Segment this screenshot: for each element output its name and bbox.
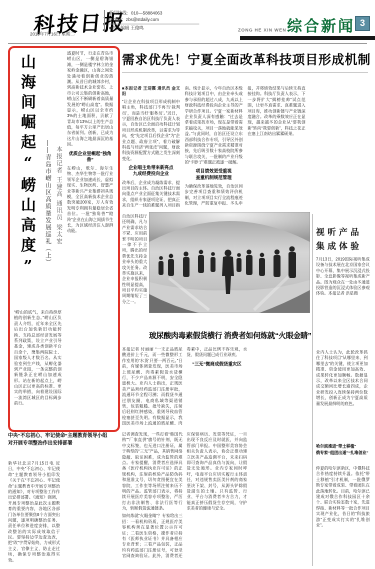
news-photo [149,212,310,313]
ningxia-byline: ■本报记者 王迎霞 通讯员 金文阳 [122,86,180,97]
section-pinyin: ZONG HE XIN WEN [238,27,288,35]
ningxia-right-text: 业内人士认为，此轮改革抓住了科技项目“从哪里来、到哪里去”的关键，使立项更加精准… [316,350,368,407]
masthead-contact: 新闻热线：010—58884063 E-mail：zbs@stdaily.com… [104,10,199,32]
laoshan-vertical-subtitle: ——青岛市崂山区高质量发展巡礼（上） [43,140,52,305]
fakegoods-subhead: “三无”微商成假货重灾区 [187,361,248,367]
laoshan-bottom-text: “崂山的底气，来自持续厚植的创新生态。”崂山区负责人介绍，近年来全区先后出台加快… [14,310,62,407]
laoshan-vertical-byline: 本报记者 王建高 通讯员 梁太宏 [54,146,63,296]
ningxia-subhead2: 项目绩效更受重视 查重机制规范管理 [185,169,243,182]
fakegoods-body2: 记者调查发现，一些打着“韩国代购”“厂家直供”旗号的针剂，既无中文标签，也无进口… [122,432,183,512]
central-headline-line1: 中央“不忘初心、牢记使命”主题教育领导小组 [8,432,116,439]
laoshan-text2: 在崂山，歌尔、海尔生物、杰华生物等一批行业领军企业加速成长，虚拟现实、生物医药、… [67,166,113,234]
fakegoods-headline: 玻尿酸肉毒素假货横行 消费者如何炼就“火眼金睛” [149,330,311,341]
central-body: 新华社北京7月15日电 近日，中央“不忘初心、牢记使命”主题教育领导小组印发《关… [8,461,116,564]
ningxia-headline: 需求优先！宁夏全面改革科技项目形成机制 [122,50,371,68]
laoshan-article-box: 山海间崛起“崂山高度” ——青岛市崂山区高质量发展巡礼（上） 本报记者 王建高 … [8,46,120,432]
fakegoods-body-bottom: 记者调查发现，一些打着“韩国代购”“厂家直供”旗号的针剂，既无中文标签，也无进口… [122,432,312,564]
masthead-email: E-mail：zbs@stdaily.com [109,17,199,24]
fakegoods-body1: 本报记者 付丽丽 “一支正品玻尿酸进价上千元，而一些微整形工作室用的‘水货’只要… [122,347,247,428]
harbin-subhead: 哈尔滨推进“带土移植” 俄专家“组团出道”“扎堆创业” [316,444,370,456]
central-headline: 中央“不忘初心、牢记使命”主题教育领导小组 对开展专项整治作出安排部署 [8,432,116,456]
masthead-editor: ■责任编辑 王俊鸣 [109,24,199,32]
photo-caption-title: 视听产品 集成体验 [316,226,370,253]
section-title: 综合新闻 [287,15,355,36]
fakegoods-body-top: 本报记者 付丽丽 “一支正品玻尿酸进价上千元，而一些微整形工作室用的‘水货’只要… [122,347,312,428]
harbin-block: 哈尔滨推进“带土移植” 俄专家“组团出道”“扎堆创业” 仲夏的哈尔滨新区，中俄科… [316,444,370,558]
central-body-text: 新华社北京7月15日电 近日，中央“不忘初心、牢记使命”主题教育领导小组印发《关… [8,461,60,564]
ningxia-side-text: 自治区科技厅还明确，凡与产业需求结合不紧、应用前景不明的项目一律不予立项，腾出的… [122,214,147,305]
laoshan-column: 盛夏时节，行走在青岛市崂山区，一侧是碧海银滩，一侧是楼宇林立的金家岭金融区，山海… [67,51,113,307]
right-column-text: 业内人士认为，此轮改革抓住了科技项目“从哪里来、到哪里去”的关键，使立项更加精准… [316,350,368,440]
ningxia-body-columns: ■本报记者 王迎霞 通讯员 金文阳 “让企业在科技项目形成机制中唱主角，科技部门… [122,86,368,212]
laoshan-bottom-block: “崂山的底气，来自持续厚植的创新生态。”崂山区负责人介绍，近年来全区先后出台加快… [14,310,113,422]
harbin-subhead-line2: 俄专家“组团出道”“扎堆创业” [316,450,370,456]
headline-rule [122,72,368,73]
harbin-body: 仲夏的哈尔滨新区，中俄科技合作热度持续升温。依托“带土移植”引才机制，一批俄罗斯… [316,466,370,529]
laoshan-subhead: 优质企业里崛起“独角兽” [67,151,113,164]
photo-caption-text: 7月13日，2019国际视听集成设备与技术展在北京国家会议中心开幕，集中展示沉浸… [316,257,370,297]
section-underline-bar [240,36,375,40]
right-column-rule [312,214,313,566]
laoshan-vertical-title: 山海间崛起“崂山高度” [18,54,39,310]
page-number-badge: 3 [355,16,370,31]
photo-caption-block: 视听产品 集成体验 7月13日，2019国际视听集成设备与技术展在北京国家会议中… [316,226,370,343]
ningxia-body1: “让企业在科技项目形成机制中唱主角，科技部门不再当‘裁判员’，而是当好‘服务员’… [122,99,180,162]
ningxia-subhead1: 企业唱主角带来新亮点 九成经费投向企业 [122,165,180,178]
masthead-date: 2019年7月16日 星期二 [30,31,120,41]
header-rule [8,43,367,44]
central-headline-line2: 对开展专项整治作出安排部署 [8,439,116,446]
newspaper-page: 科技日报 新闻热线：010—58884063 E-mail：zbs@stdail… [0,0,375,569]
laoshan-text: 盛夏时节，行走在青岛市崂山区，一侧是碧海银滩，一侧是楼宇林立的金家岭金融区，山海… [67,51,113,148]
ningxia-side-column: 自治区科技厅还明确，凡与产业需求结合不紧、应用前景不明的项目一律不予立项，腾出的… [122,214,147,344]
